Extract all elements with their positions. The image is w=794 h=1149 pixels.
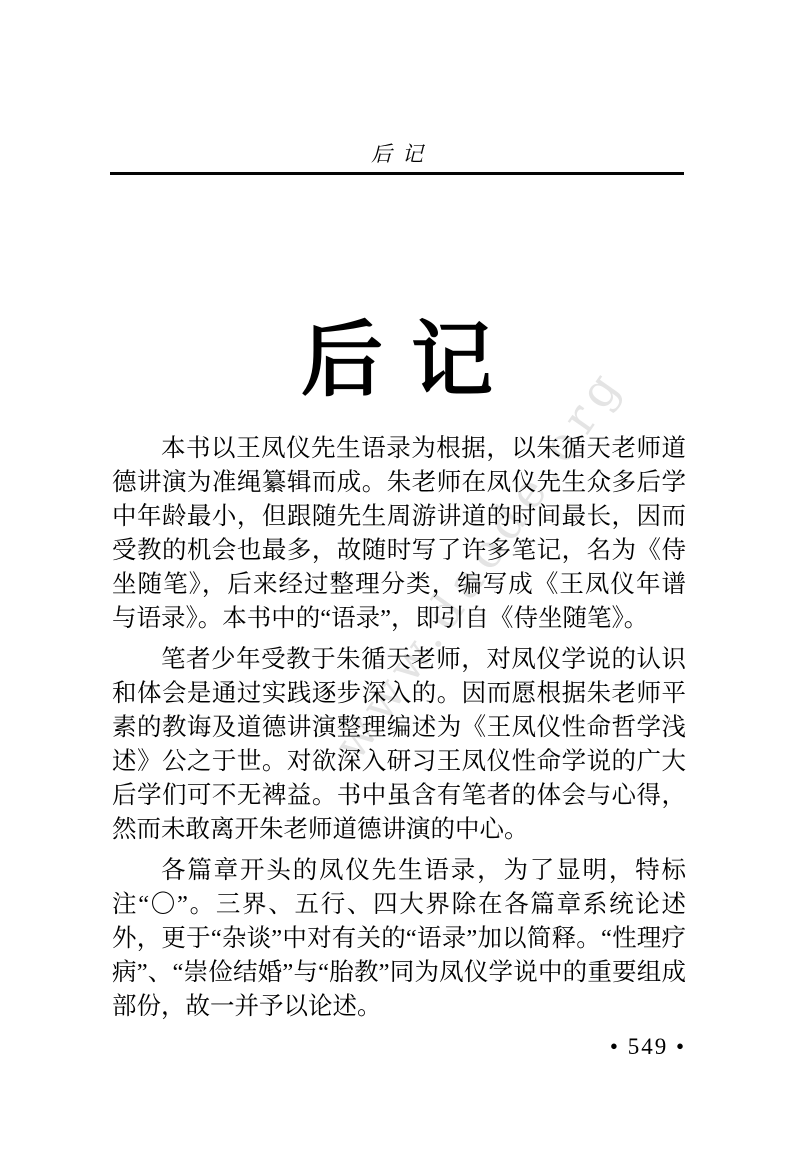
body-paragraph: 各篇章开头的凤仪先生语录，为了显明，特标注“〇”。三界、五行、四大界除在各篇章系… xyxy=(112,854,686,1024)
running-head-title: 后记 xyxy=(0,138,794,168)
book-page: www.daode.org 后记 后记 本书以王凤仪先生语录为根据，以朱循天老师… xyxy=(0,0,794,1149)
body-paragraph: 本书以王凤仪先生语录为根据，以朱循天老师道德讲演为准绳纂辑而成。朱老师在凤仪先生… xyxy=(112,432,686,636)
page-number: • 549 • xyxy=(112,1034,686,1060)
body-paragraph: 笔者少年受教于朱循天老师，对凤仪学说的认识和体会是通过实践逐步深入的。因而愿根据… xyxy=(112,643,686,847)
body-text-block: 本书以王凤仪先生语录为根据，以朱循天老师道德讲演为准绳纂辑而成。朱老师在凤仪先生… xyxy=(112,432,686,1031)
chapter-title: 后记 xyxy=(0,312,794,410)
header-divider-rule xyxy=(110,172,684,175)
